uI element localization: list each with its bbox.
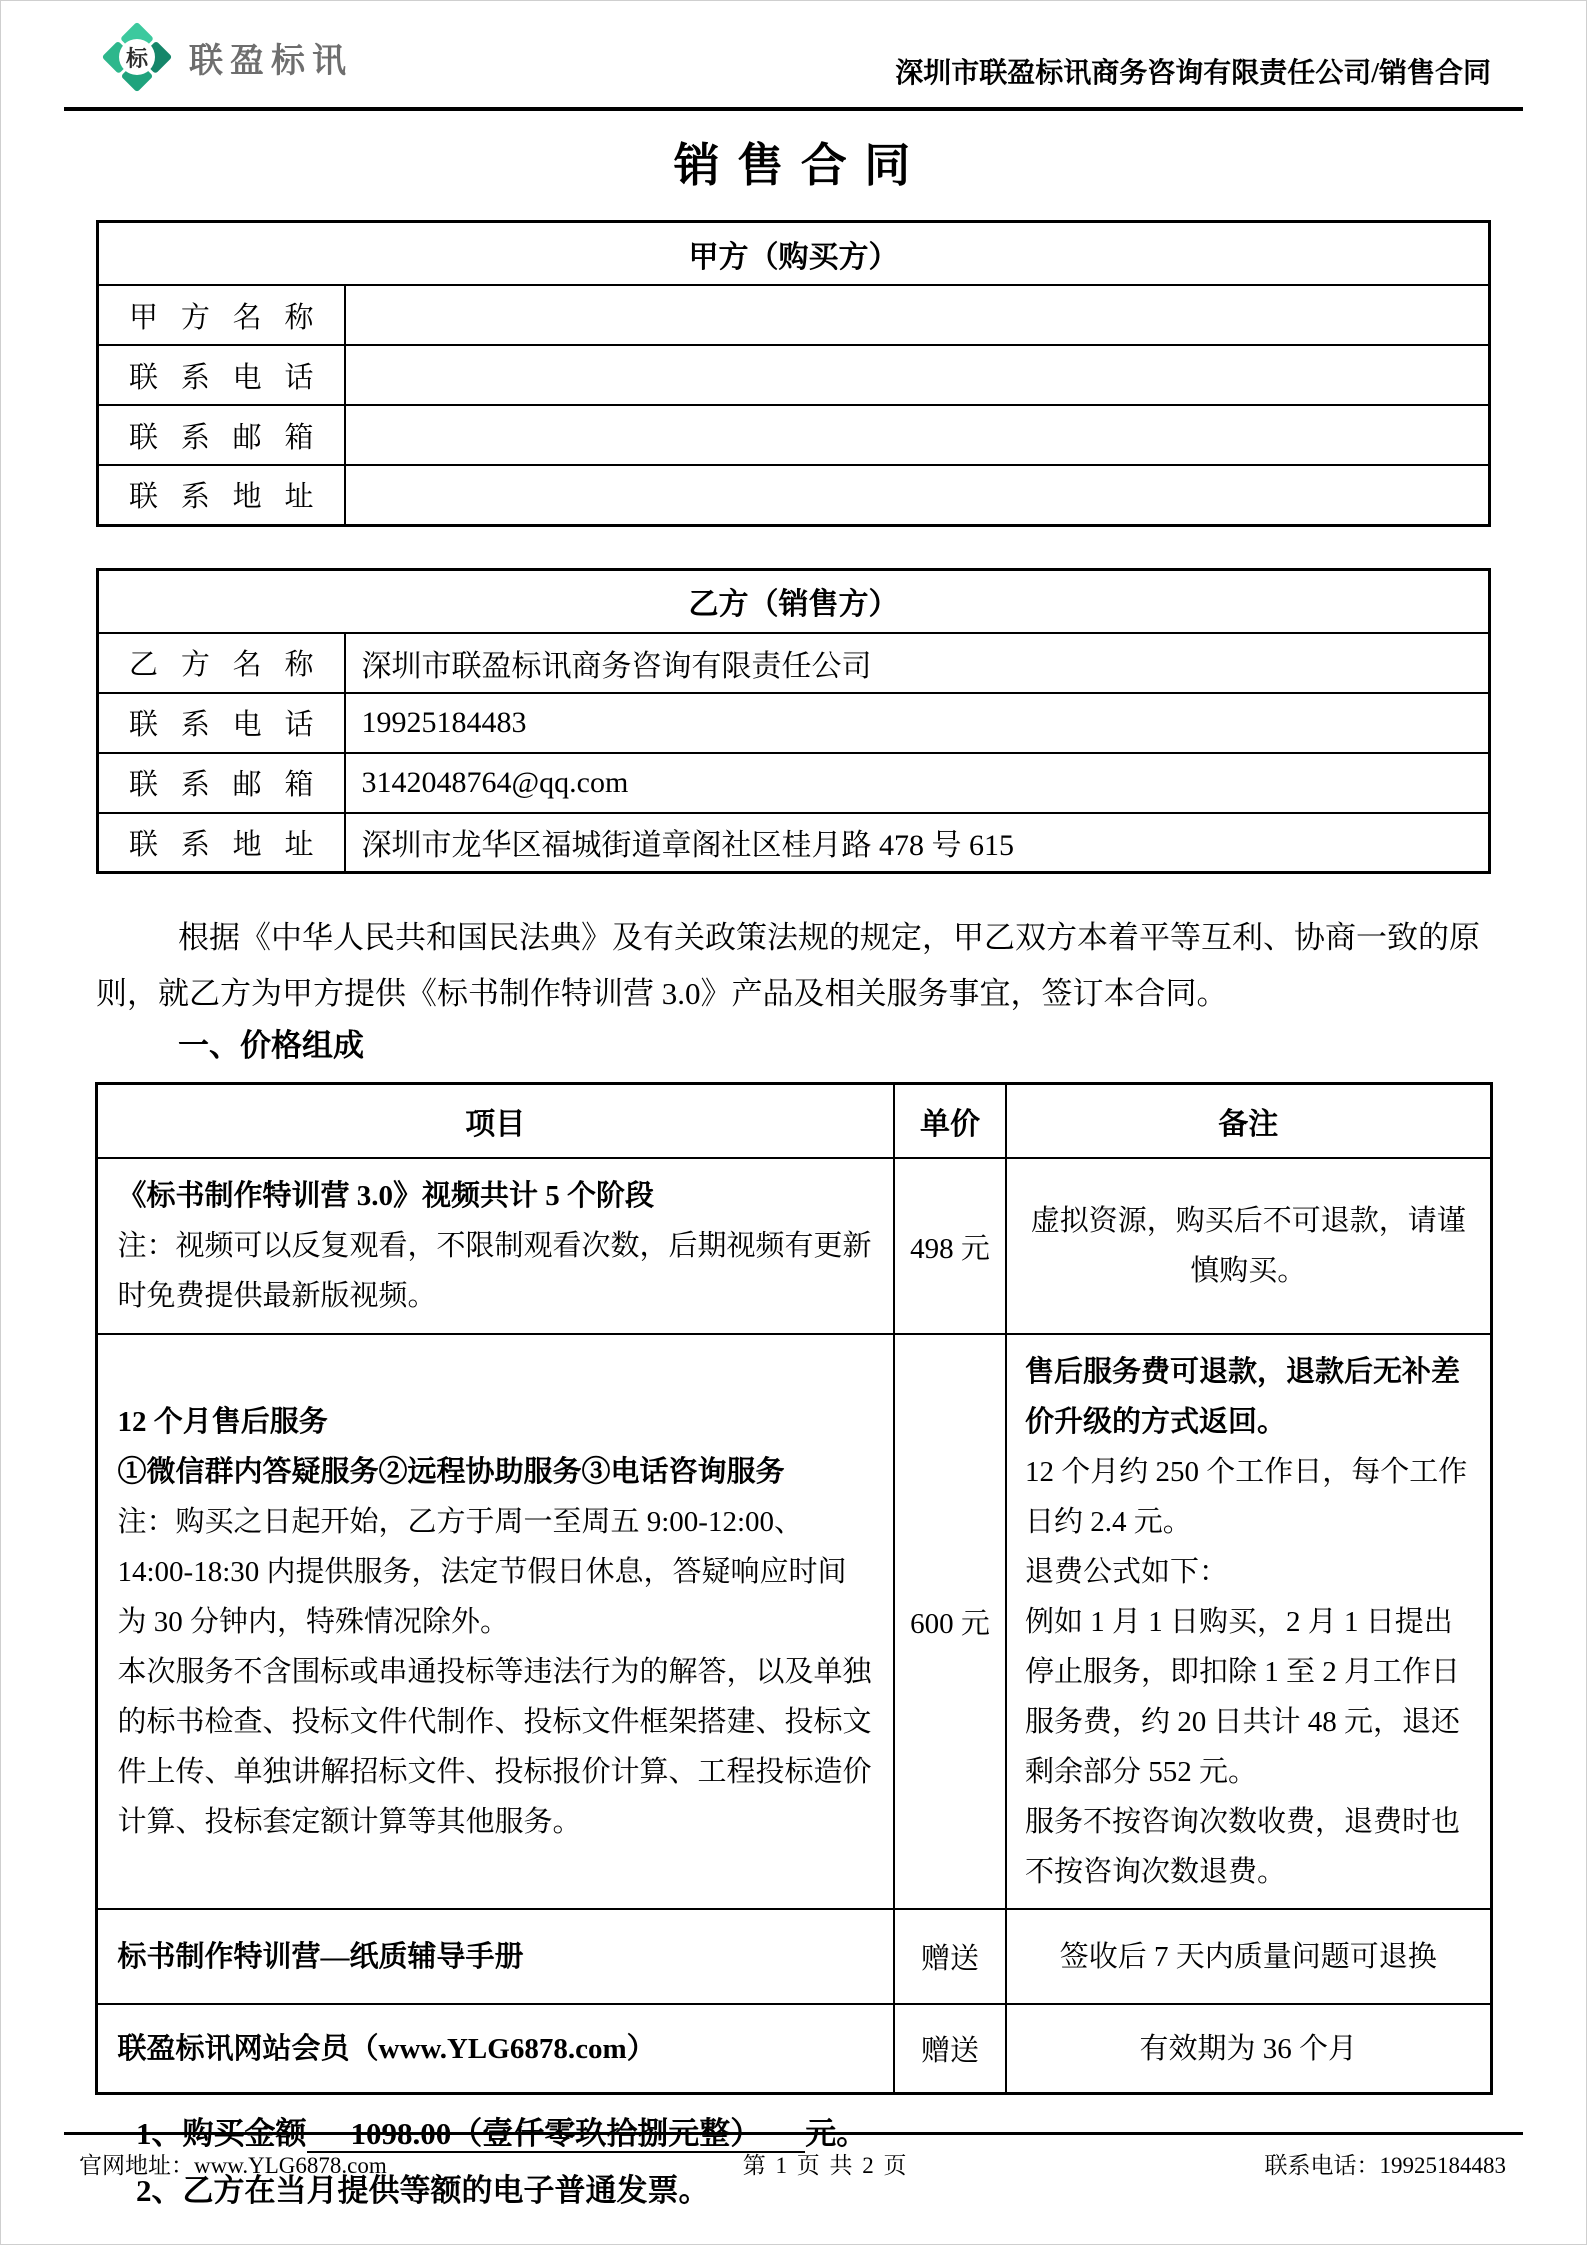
table-row: 联系地址 深圳市龙华区福城街道章阁社区桂月路 478 号 615 — [98, 813, 1490, 873]
party-a-email-value — [345, 405, 1490, 465]
price-table-header-row: 项目 单价 备注 — [96, 1084, 1491, 1159]
row2-item-services: ①微信群内答疑服务②远程协助服务③电话咨询服务 — [118, 1447, 874, 1497]
row2-price-cell: 600 元 — [894, 1334, 1006, 1909]
row4-item-title: 联盈标讯网站会员（www.YLG6878.com） — [118, 2024, 874, 2074]
table-row: 12 个月售后服务 ①微信群内答疑服务②远程协助服务③电话咨询服务 注：购买之日… — [96, 1334, 1491, 1909]
row3-item-cell: 标书制作特训营—纸质辅导手册 — [96, 1909, 894, 2004]
row2-note-billing-basis: 服务不按咨询次数收费，退费时也不按咨询次数退费。 — [1025, 1797, 1472, 1897]
contract-page: 标 联盈标讯 深圳市联盈标讯商务咨询有限责任公司/销售合同 销 售 合 同 甲方… — [0, 0, 1587, 2245]
party-a-table-title: 甲方（购买方） — [98, 222, 1490, 286]
label-text: 联系电话 — [129, 702, 314, 743]
footer-website: 官网地址：www.YLG6878.com — [79, 2147, 387, 2180]
table-row: 甲方名称 — [98, 285, 1490, 345]
row2-item-cell: 12 个月售后服务 ①微信群内答疑服务②远程协助服务③电话咨询服务 注：购买之日… — [96, 1334, 894, 1909]
party-b-email-value: 3142048764@qq.com — [345, 753, 1490, 813]
row3-price-cell: 赠送 — [894, 1909, 1006, 2004]
party-b-name-value: 深圳市联盈标讯商务咨询有限责任公司 — [345, 633, 1490, 693]
party-a-name-label: 甲方名称 — [98, 285, 345, 345]
price-table: 项目 单价 备注 《标书制作特训营 3.0》视频共计 5 个阶段 注：视频可以反… — [95, 1082, 1493, 2095]
row3-item-title: 标书制作特训营—纸质辅导手册 — [118, 1932, 874, 1982]
table-row: 联系邮箱 — [98, 405, 1490, 465]
table-row: 联系邮箱 3142048764@qq.com — [98, 753, 1490, 813]
table-row: 联系地址 — [98, 465, 1490, 525]
party-b-email-label: 联系邮箱 — [98, 753, 345, 813]
table-row: 联盈标讯网站会员（www.YLG6878.com） 赠送 有效期为 36 个月 — [96, 2004, 1491, 2094]
label-text: 联系地址 — [129, 474, 314, 515]
row2-item-exclusions: 本次服务不含围标或串通投标等违法行为的解答，以及单独的标书检查、投标文件代制作、… — [118, 1647, 874, 1847]
row1-note-cell: 虚拟资源，购买后不可退款，请谨慎购买。 — [1006, 1158, 1491, 1334]
page-header: 标 联盈标讯 深圳市联盈标讯商务咨询有限责任公司/销售合同 — [1, 1, 1586, 107]
label-text: 乙方名称 — [129, 642, 314, 683]
label-text: 联系邮箱 — [129, 415, 314, 456]
column-header-price: 单价 — [894, 1084, 1006, 1159]
party-a-phone-label: 联系电话 — [98, 345, 345, 405]
row1-note-text: 虚拟资源，购买后不可退款，请谨慎购买。 — [1025, 1196, 1472, 1296]
logo-diamond-icon: 标 — [101, 21, 173, 93]
row2-item-note: 注：购买之日起开始，乙方于周一至周五 9:00-12:00、14:00-18:3… — [118, 1497, 874, 1647]
row3-note-cell: 签收后 7 天内质量问题可退换 — [1006, 1909, 1491, 2004]
row3-note-text: 签收后 7 天内质量问题可退换 — [1025, 1932, 1472, 1982]
row4-item-cell: 联盈标讯网站会员（www.YLG6878.com） — [96, 2004, 894, 2094]
row1-item-cell: 《标书制作特训营 3.0》视频共计 5 个阶段 注：视频可以反复观看，不限制观看… — [96, 1158, 894, 1334]
logo-company-name: 联盈标讯 — [189, 33, 353, 82]
party-a-header-row: 甲方（购买方） — [98, 222, 1490, 286]
section-one-title: 一、价格组成 — [96, 1022, 1491, 1070]
party-b-address-label: 联系地址 — [98, 813, 345, 873]
party-a-name-value — [345, 285, 1490, 345]
intro-paragraph: 根据《中华人民共和国民法典》及有关政策法规的规定，甲乙双方本着平等互利、协商一致… — [96, 910, 1491, 1022]
row2-note-refund-policy: 售后服务费可退款，退款后无补差价升级的方式返回。 — [1025, 1347, 1472, 1447]
party-a-phone-value — [345, 345, 1490, 405]
footer-phone: 联系电话：19925184483 — [1265, 2147, 1507, 2180]
column-header-item: 项目 — [96, 1084, 894, 1159]
row4-price-cell: 赠送 — [894, 2004, 1006, 2094]
label-text: 联系电话 — [129, 355, 314, 396]
table-row: 联系电话 — [98, 345, 1490, 405]
column-header-note: 备注 — [1006, 1084, 1491, 1159]
row2-note-formula-example: 例如 1 月 1 日购买，2 月 1 日提出停止服务，即扣除 1 至 2 月工作… — [1025, 1597, 1472, 1797]
party-b-table: 乙方（销售方） 乙方名称 深圳市联盈标讯商务咨询有限责任公司 联系电话 1992… — [96, 568, 1491, 875]
company-logo: 标 联盈标讯 — [101, 7, 353, 107]
table-row: 《标书制作特训营 3.0》视频共计 5 个阶段 注：视频可以反复观看，不限制观看… — [96, 1158, 1491, 1334]
party-b-phone-value: 19925184483 — [345, 693, 1490, 753]
row2-item-title: 12 个月售后服务 — [118, 1397, 874, 1447]
row4-note-cell: 有效期为 36 个月 — [1006, 2004, 1491, 2094]
party-a-address-value — [345, 465, 1490, 525]
footer-row: 官网地址：www.YLG6878.com 第 1 页 共 2 页 联系电话：19… — [1, 2135, 1586, 2180]
party-b-name-label: 乙方名称 — [98, 633, 345, 693]
label-text: 甲方名称 — [129, 295, 314, 336]
row1-price-cell: 498 元 — [894, 1158, 1006, 1334]
party-b-address-value: 深圳市龙华区福城街道章阁社区桂月路 478 号 615 — [345, 813, 1490, 873]
party-a-email-label: 联系邮箱 — [98, 405, 345, 465]
table-row: 乙方名称 深圳市联盈标讯商务咨询有限责任公司 — [98, 633, 1490, 693]
party-a-address-label: 联系地址 — [98, 465, 345, 525]
row1-item-title: 《标书制作特训营 3.0》视频共计 5 个阶段 — [118, 1171, 874, 1221]
table-row: 标书制作特训营—纸质辅导手册 赠送 签收后 7 天内质量问题可退换 — [96, 1909, 1491, 2004]
label-text: 联系地址 — [129, 822, 314, 863]
logo-center-character: 标 — [119, 39, 155, 75]
party-b-table-title: 乙方（销售方） — [98, 569, 1490, 633]
row2-note-cell: 售后服务费可退款，退款后无补差价升级的方式返回。 12 个月约 250 个工作日… — [1006, 1334, 1491, 1909]
table-row: 联系电话 19925184483 — [98, 693, 1490, 753]
row4-note-text: 有效期为 36 个月 — [1025, 2024, 1472, 2074]
document-title: 销 售 合 同 — [1, 135, 1586, 197]
party-b-phone-label: 联系电话 — [98, 693, 345, 753]
page-footer: 官网地址：www.YLG6878.com 第 1 页 共 2 页 联系电话：19… — [1, 2132, 1586, 2180]
header-document-label: 深圳市联盈标讯商务咨询有限责任公司/销售合同 — [895, 51, 1491, 91]
footer-page-info: 第 1 页 共 2 页 — [743, 2147, 909, 2180]
row2-note-workdays: 12 个月约 250 个工作日，每个工作日约 2.4 元。 — [1025, 1447, 1472, 1547]
party-a-table: 甲方（购买方） 甲方名称 联系电话 联系邮箱 联系地址 — [96, 220, 1491, 527]
row1-item-note: 注：视频可以反复观看，不限制观看次数，后期视频有更新时免费提供最新版视频。 — [118, 1221, 874, 1321]
header-rule — [64, 107, 1523, 111]
row2-note-formula-intro: 退费公式如下： — [1025, 1547, 1472, 1597]
party-b-header-row: 乙方（销售方） — [98, 569, 1490, 633]
label-text: 联系邮箱 — [129, 762, 314, 803]
